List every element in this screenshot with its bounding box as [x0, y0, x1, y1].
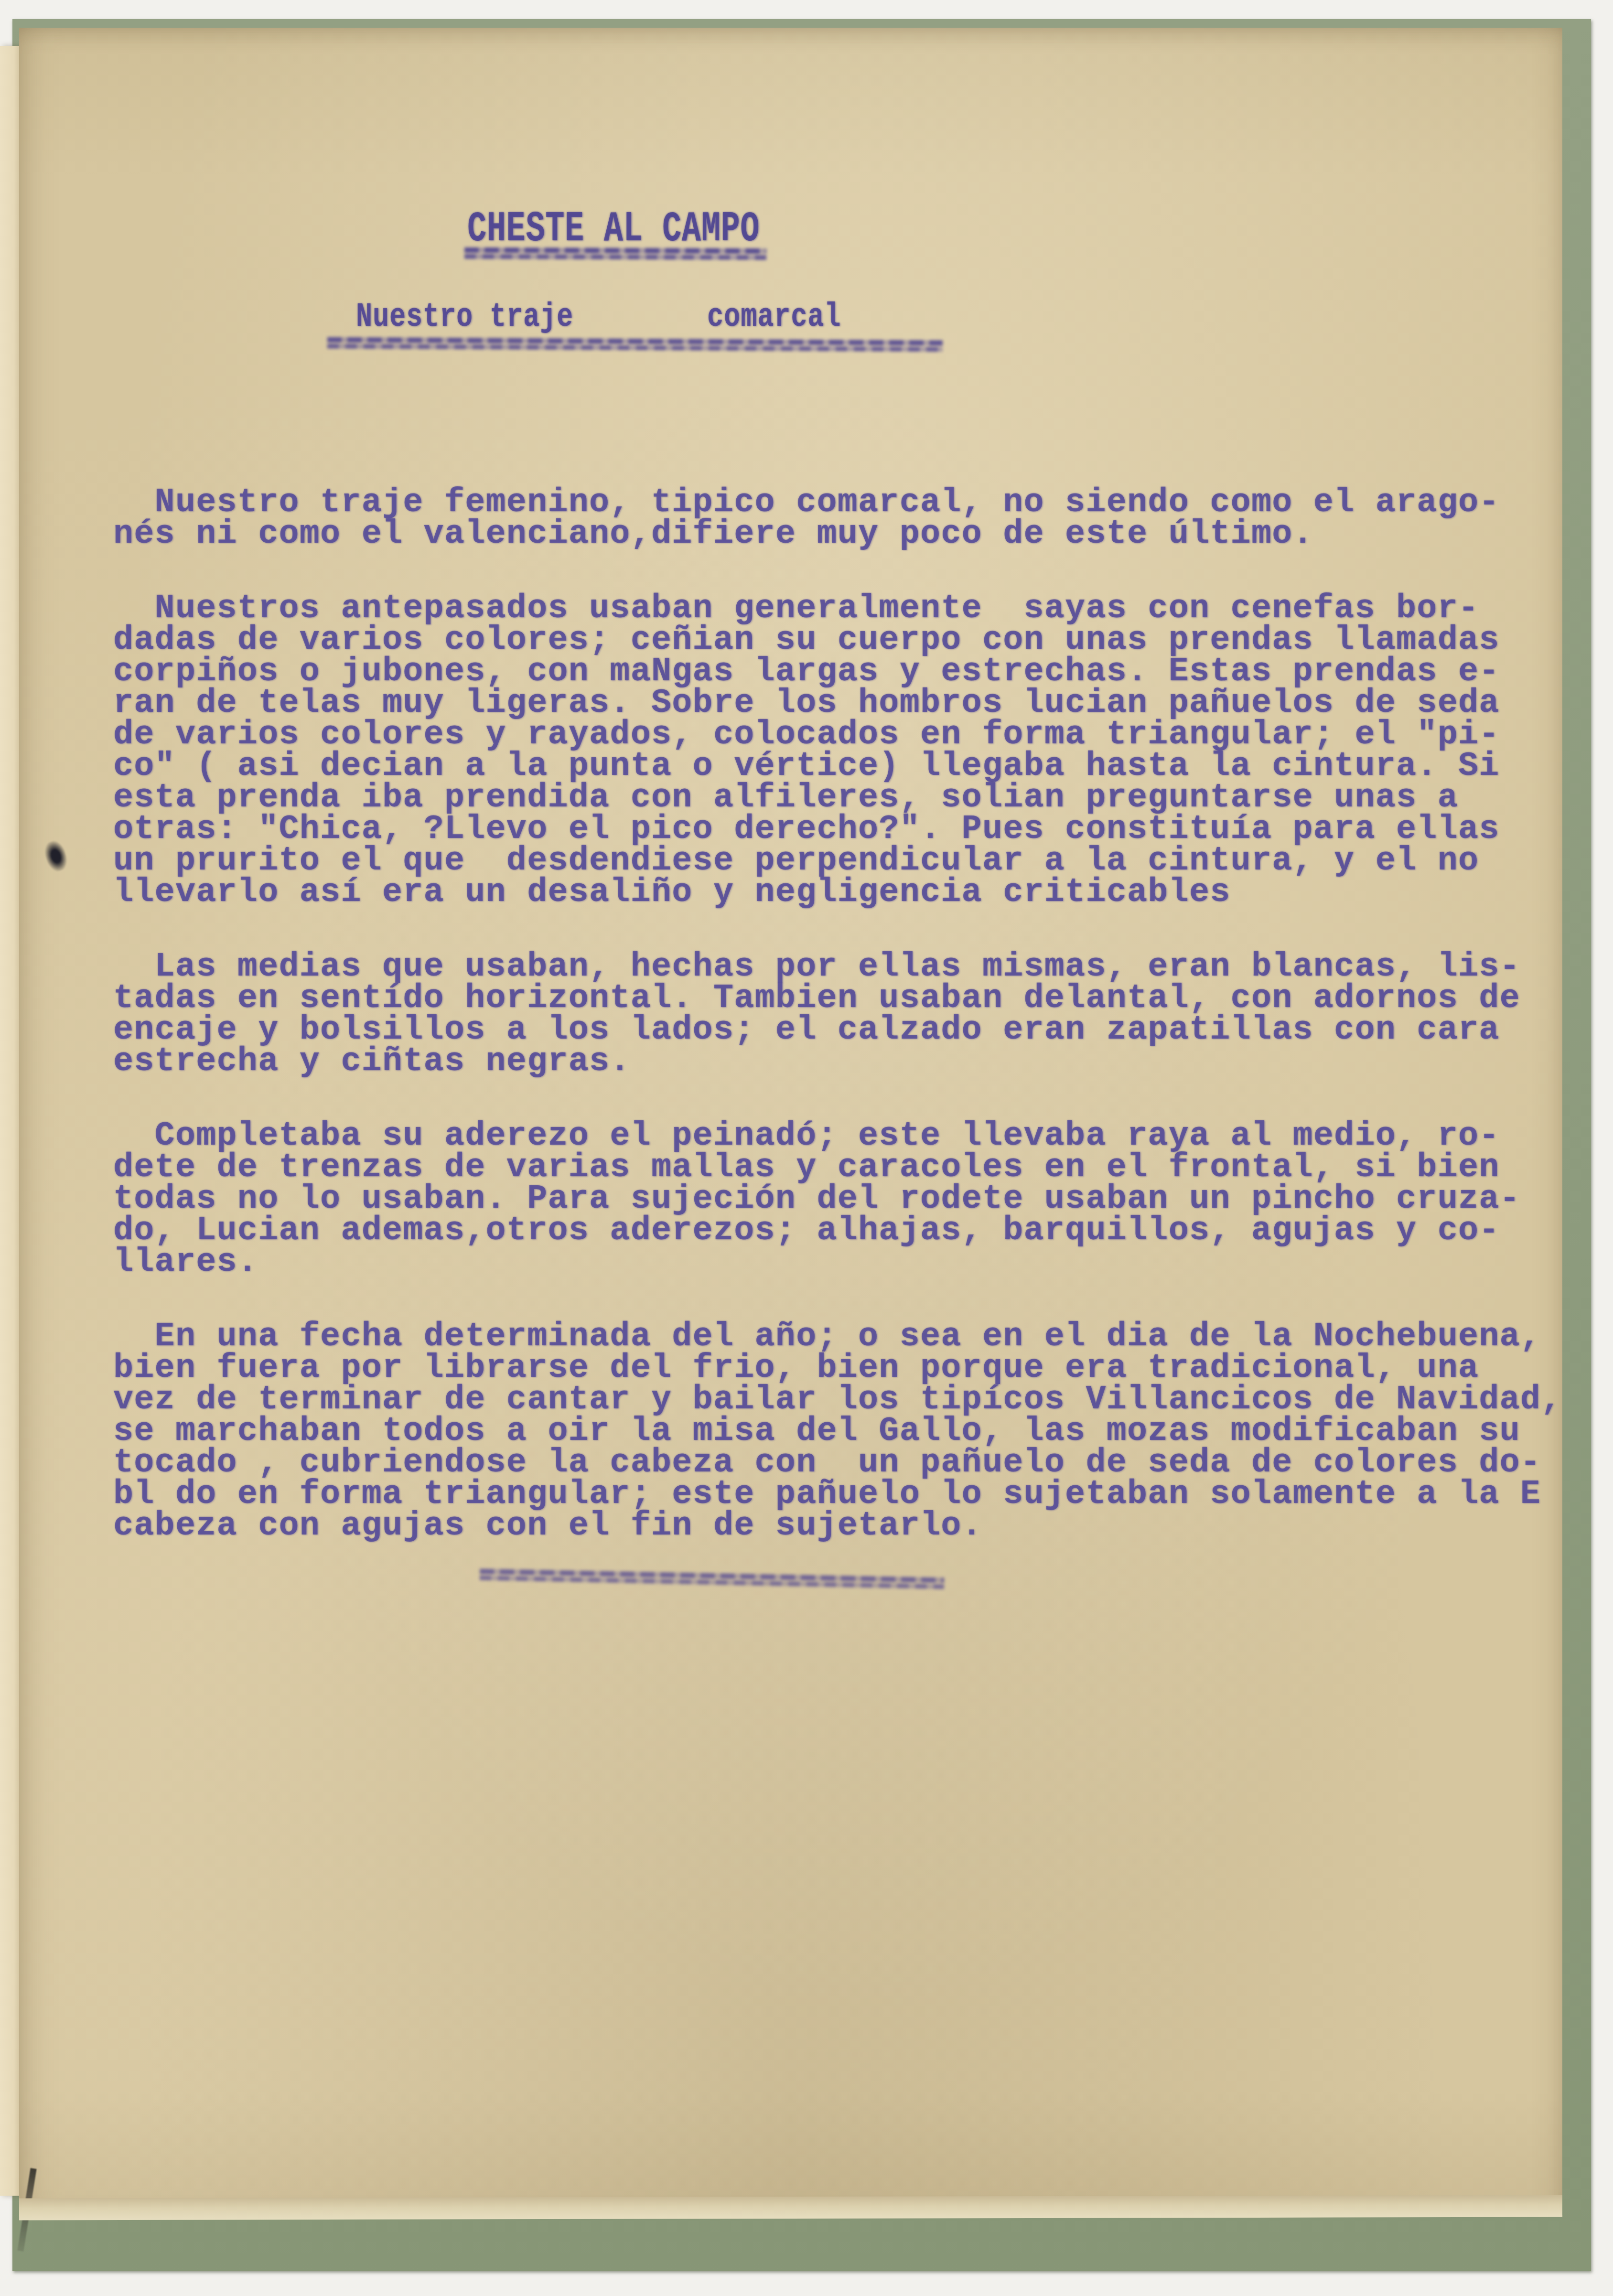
text-line: tocado , cubriendose la cabeza con un pa… — [113, 1448, 1556, 1479]
title-underline — [464, 246, 766, 262]
paragraph: Nuestro traje femenino, tipico comarcal,… — [113, 487, 1556, 550]
text-line: llares. — [113, 1247, 1556, 1278]
scan-background: { "page": { "title": "CHESTE AL CAMPO", … — [0, 0, 1613, 2296]
text-line: do, Lucian ademas,otros aderezos; alhaja… — [113, 1215, 1556, 1247]
paragraph: Nuestros antepasados usaban generalmente… — [113, 593, 1556, 909]
text-line: de varios colores y rayados, colocados e… — [113, 719, 1556, 751]
text-line: Nuestros antepasados usaban generalmente… — [113, 593, 1556, 625]
text-line: tadas en sentído horizontal. Tambien usa… — [113, 983, 1556, 1015]
text-line: un prurito el que desdendiese perpendicu… — [113, 846, 1556, 877]
underlying-page-edge — [0, 46, 20, 2196]
text-line: cabeza con agujas con el fin de sujetarl… — [113, 1511, 1556, 1542]
text-line: ran de telas muy ligeras. Sobre los homb… — [113, 688, 1556, 719]
closing-rule — [480, 1567, 944, 1593]
text-line: Nuestro traje femenino, tipico comarcal,… — [113, 487, 1556, 519]
text-line: vez de terminar de cantar y bailar los t… — [113, 1384, 1556, 1416]
paragraph: Las medias que usaban, hechas por ellas … — [113, 952, 1556, 1078]
document-body: Nuestro traje femenino, tipico comarcal,… — [113, 487, 1556, 1542]
document-page: CHESTE AL CAMPO Nuestro traje comarcal N… — [19, 28, 1562, 2216]
text-line: se marchaban todos a oir la misa del Gal… — [113, 1416, 1556, 1448]
text-line: corpiños o jubones, con maNgas largas y … — [113, 656, 1556, 688]
text-line: En una fecha determinada del año; o sea … — [113, 1321, 1556, 1353]
paragraph: Completaba su aderezo el peinadó; este l… — [113, 1121, 1556, 1278]
text-line: llevarlo así era un desaliño y negligenc… — [113, 877, 1556, 909]
text-line: Las medias que usaban, hechas por ellas … — [113, 952, 1556, 983]
text-line: encaje y bolsillos a los lados; el calza… — [113, 1015, 1556, 1046]
subtitle-underline — [327, 336, 943, 355]
text-line: Completaba su aderezo el peinadó; este l… — [113, 1121, 1556, 1152]
text-line: todas no lo usaban. Para sujeción del ro… — [113, 1184, 1556, 1215]
page-subtitle: Nuestro traje comarcal — [356, 299, 841, 336]
text-line: esta prenda iba prendida con alfileres, … — [113, 783, 1556, 814]
text-line: co" ( asi decian a la punta o vértice) l… — [113, 751, 1556, 783]
text-line: dadas de varios colores; ceñian su cuerp… — [113, 625, 1556, 656]
text-line: bien fuera por librarse del frio, bien p… — [113, 1353, 1556, 1384]
text-line: bl do en forma triangular; este pañuelo … — [113, 1479, 1556, 1511]
text-line: nés ni como el valenciano,difiere muy po… — [113, 519, 1556, 550]
text-line: otras: "Chica, ?Llevo el pico derecho?".… — [113, 814, 1556, 846]
paragraph: En una fecha determinada del año; o sea … — [113, 1321, 1556, 1542]
ink-blot — [42, 838, 70, 874]
text-line: dete de trenzas de varias mallas y carac… — [113, 1152, 1556, 1184]
text-line: estrecha y ciñtas negras. — [113, 1046, 1556, 1078]
